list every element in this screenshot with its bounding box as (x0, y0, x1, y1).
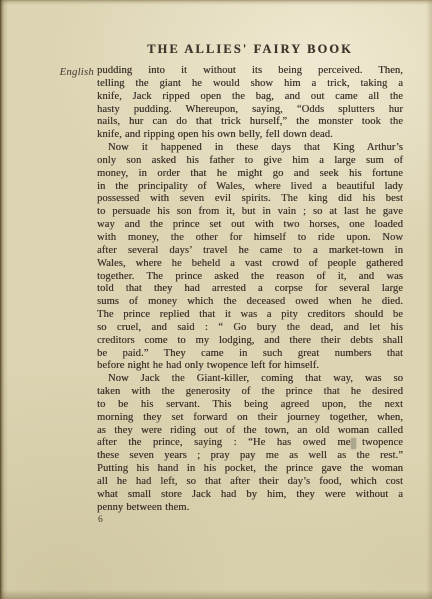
text-line: after several days’ travel he came to a … (97, 245, 403, 258)
scanned-book-page: THE ALLIES' FAIRY BOOK English pudding i… (0, 0, 432, 599)
paragraph: Now it happened in these days that King … (97, 142, 403, 373)
page-number: 6 (98, 514, 103, 526)
page-edge-right (426, 0, 432, 599)
text-line: what small store Jack had by him, they w… (97, 489, 403, 502)
paragraph: Now Jack the Giant-killer, coming that w… (97, 373, 403, 514)
text-line: morning they set forward on their journe… (97, 412, 403, 425)
text-line: be paid.” They came in such great number… (97, 348, 403, 361)
paragraph: pudding into it without its being percei… (97, 65, 403, 142)
text-line: in the principality of Wales, where live… (97, 181, 403, 194)
page-edge-left (0, 0, 8, 599)
text-line: Now Jack the Giant-killer, coming that w… (97, 373, 403, 386)
text-line: with money, the other for himself to rid… (97, 232, 403, 245)
text-line: knife, Jack ripped open the bag, and out… (97, 91, 403, 104)
text-line: nails, hur can do that trick hurself,” t… (97, 116, 403, 129)
text-line: so cruel, and said : “ Go bury the dead,… (97, 322, 403, 335)
text-line: penny between them. (97, 502, 403, 515)
page-body: pudding into it without its being percei… (97, 65, 403, 515)
text-line: possessed with seven evil spirits. The k… (97, 193, 403, 206)
text-line: The prince replied that it was a pity cr… (97, 309, 403, 322)
text-line: Putting his hand in his pocket, the prin… (97, 463, 403, 476)
text-line: money, in order that he might go and see… (97, 168, 403, 181)
text-line: told that they had arrested a corpse for… (97, 283, 403, 296)
ink-smudge (351, 438, 356, 449)
text-line: Now it happened in these days that King … (97, 142, 403, 155)
page-edge-top (0, 0, 432, 5)
text-line: knife, and ripping open his own belly, f… (97, 129, 403, 142)
page-edge-bottom (0, 590, 432, 599)
text-line: these seven years ; pray pay me as well … (97, 450, 403, 463)
text-line: hasty pudding. Whereupon, saying, “Odds … (97, 104, 403, 117)
text-line: way and the prince set out with two hors… (97, 219, 403, 232)
text-line: to be his servant. This being agreed upo… (97, 399, 403, 412)
text-line: taken with the generosity of the prince … (97, 386, 403, 399)
margin-note: English (26, 66, 94, 78)
text-line: creditors come to my lodging, and there … (97, 335, 403, 348)
text-line: pudding into it without its being percei… (97, 65, 403, 78)
text-line: together. The prince asked the reason of… (97, 271, 403, 284)
text-line: all he had left, so that after their day… (97, 476, 403, 489)
text-line: sums of money which the deceased owed wh… (97, 296, 403, 309)
text-line: before night he had only twopence left f… (97, 360, 403, 373)
text-line: to persuade his son from it, but in vain… (97, 206, 403, 219)
text-line: after the prince, saying : “He has owed … (97, 437, 403, 450)
text-line: telling the giant he would show him a tr… (97, 78, 403, 91)
running-header: THE ALLIES' FAIRY BOOK (97, 42, 403, 57)
text-line: as they were riding out of the town, an … (97, 425, 403, 438)
text-line: Wales, where he beheld a vast crowd of p… (97, 258, 403, 271)
text-line: only son asked his father to give him a … (97, 155, 403, 168)
